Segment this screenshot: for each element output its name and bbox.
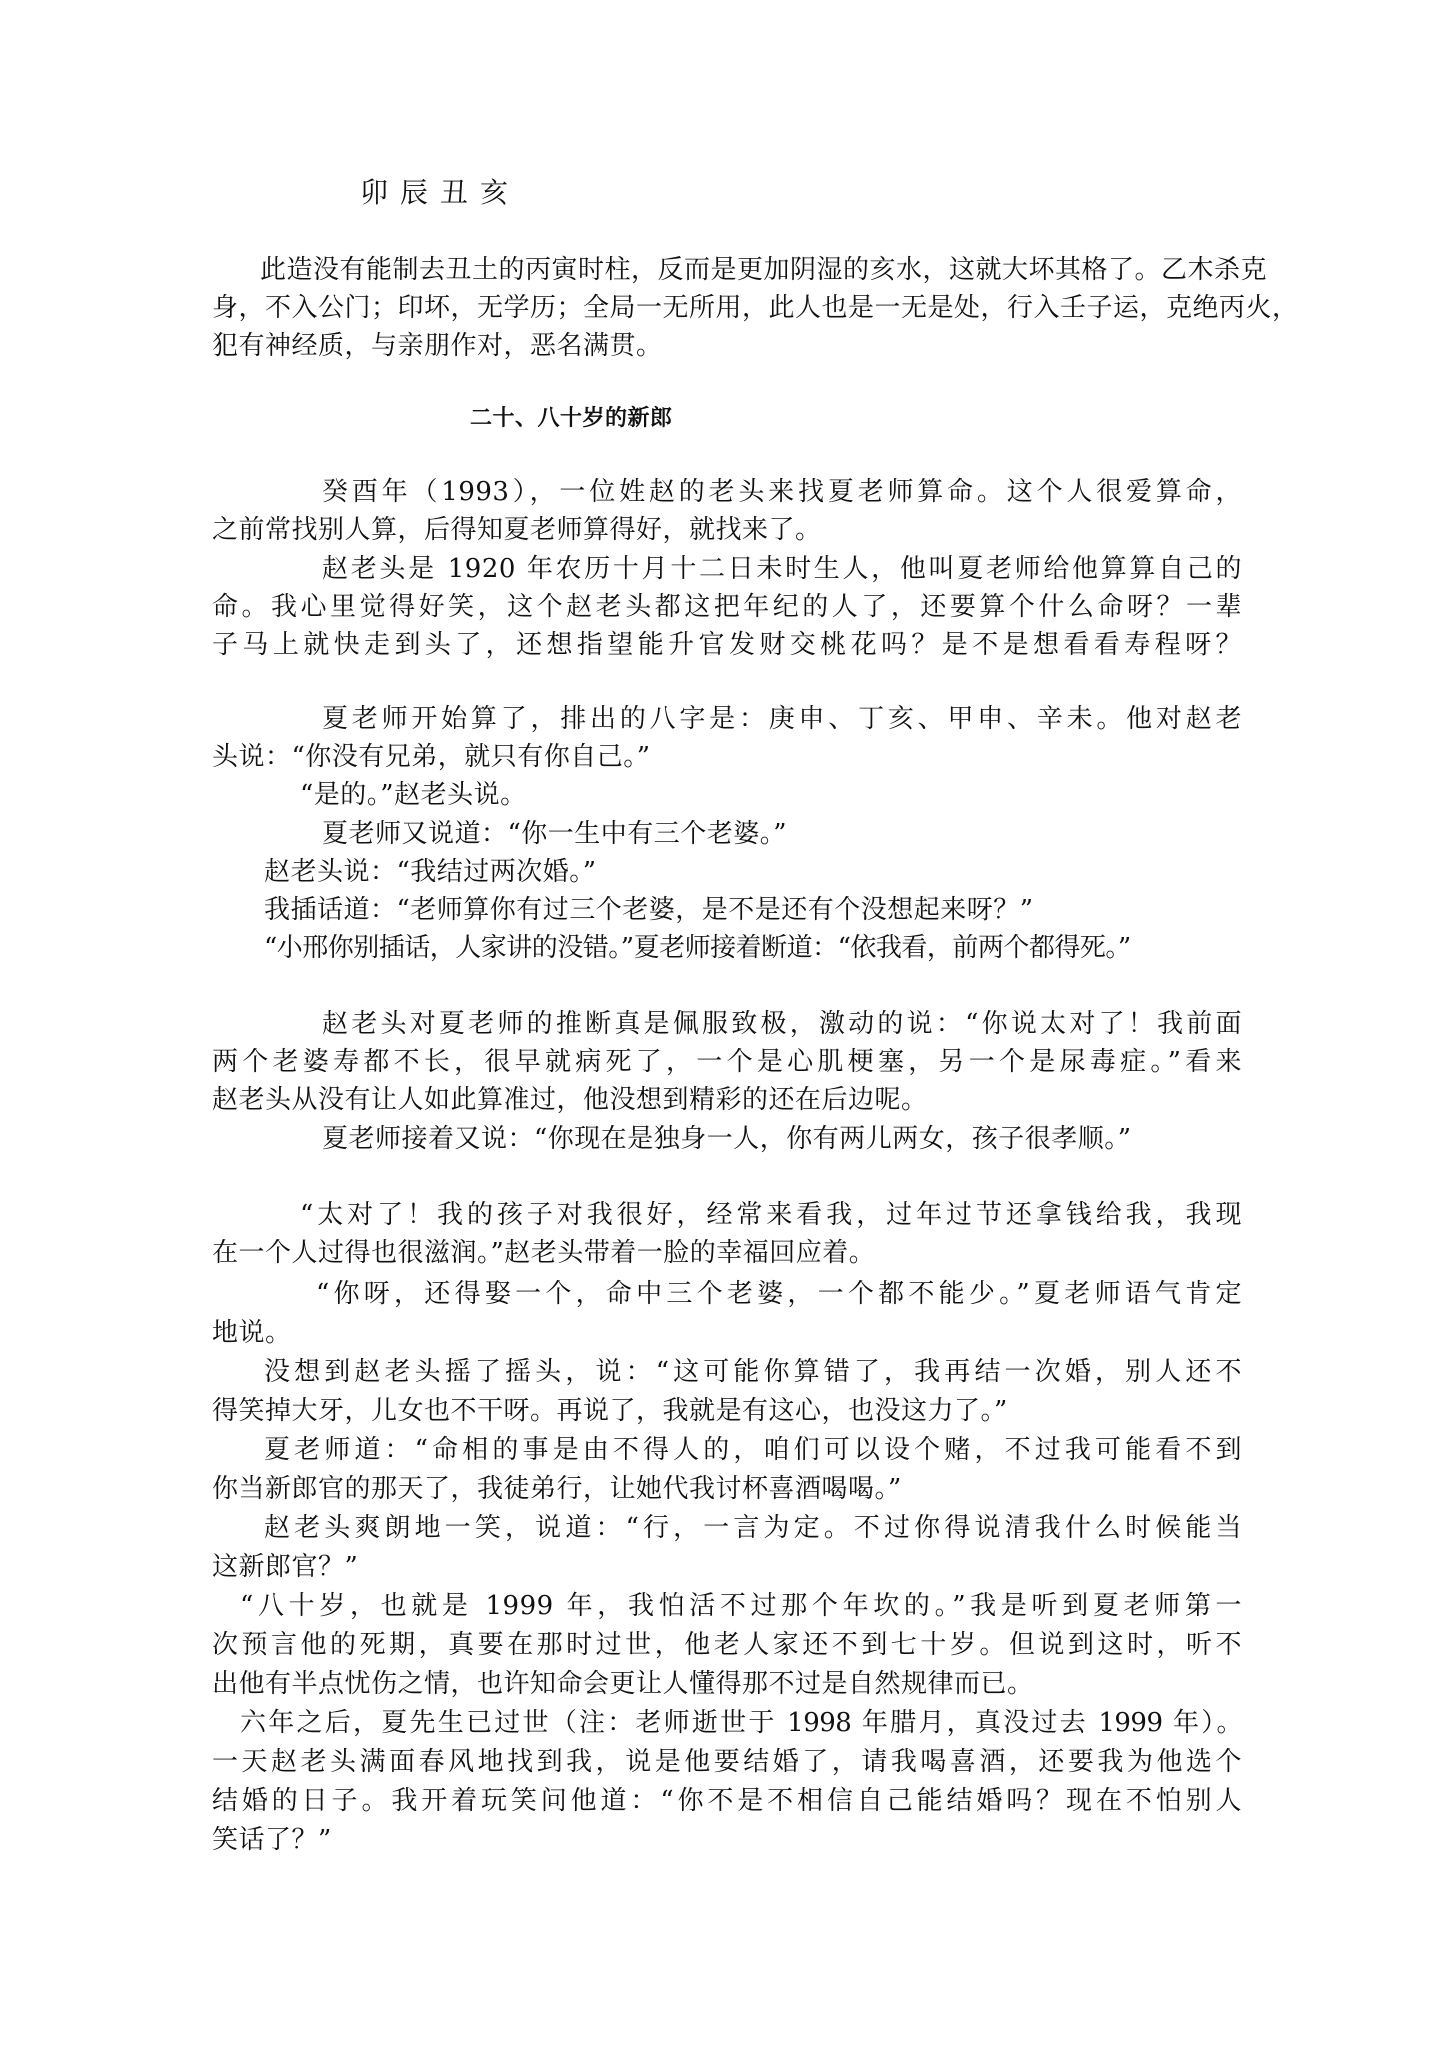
text-line: 笑话了？”: [212, 1823, 332, 1857]
document-page: 卯辰丑亥 此造没有能制去丑土的丙寅时柱，反而是更加阴湿的亥水，这就大坏其格了。乙…: [0, 0, 1448, 2048]
text-line: “八十岁，也就是 1999 年，我怕活不过那个年坎的。”我是听到夏老师第一: [240, 1589, 1242, 1623]
text-line: 结婚的日子。我开着玩笑问他道：“你不是不相信自己能结婚吗？现在不怕别人: [212, 1784, 1242, 1818]
text-line: 没想到赵老头摇了摇头，说：“这可能你算错了，我再结一次婚，别人还不: [264, 1355, 1242, 1389]
text-line: 夏老师道：“命相的事是由不得人的，咱们可以设个赌，不过我可能看不到: [264, 1433, 1242, 1467]
text-line: “太对了！我的孩子对我很好，经常来看我，过年过节还拿钱给我，我现: [300, 1198, 1242, 1232]
text-line: 赵老头说：“我结过两次婚。”: [264, 855, 597, 889]
text-line: 夏老师又说道：“你一生中有三个老婆。”: [322, 817, 787, 851]
text-line: 赵老头对夏老师的推断真是佩服致极，激动的说：“你说太对了！我前面: [322, 1007, 1242, 1041]
text-line: “小邢你别插话，人家讲的没错。”夏老师接着断道：“依我看，前两个都得死。”: [264, 931, 1131, 965]
text-line: 地说。: [212, 1316, 292, 1350]
text-line: 癸酉年（1993），一位姓赵的老头来找夏老师算命。这个人很爱算命，: [322, 475, 1242, 509]
text-line: 头说：“你没有兄弟，就只有你自己。”: [212, 740, 651, 774]
text-line: “你呀，还得娶一个，命中三个老婆，一个都不能少。”夏老师语气肯定: [316, 1277, 1242, 1311]
text-line: 之前常找别人算，后得知夏老师算得好，就找来了。: [212, 513, 822, 547]
text-line: 夏老师开始算了，排出的八字是：庚申、丁亥、甲申、辛未。他对赵老: [322, 702, 1242, 736]
text-line: 一天赵老头满面春风地找到我，说是他要结婚了，请我喝喜酒，还要我为他选个: [212, 1745, 1242, 1779]
text-line: 得笑掉大牙，儿女也不干呀。再说了，我就是有这心，也没这力了。”: [212, 1394, 1008, 1428]
text-line: 身，不入公门；印坏，无学历；全局一无所用，此人也是一无是处，行入壬子运，克绝丙火…: [212, 291, 1242, 325]
text-line: 在一个人过得也很滋润。”赵老头带着一脸的幸福回应着。: [212, 1236, 875, 1270]
bazi-pillars-row: 卯辰丑亥: [360, 176, 520, 210]
text-line: 你当新郎官的那天了，我徒弟行，让她代我讨杯喜酒喝喝。”: [212, 1472, 902, 1506]
text-line: 此造没有能制去丑土的丙寅时柱，反而是更加阴湿的亥水，这就大坏其格了。乙木杀克: [212, 253, 1242, 287]
text-line: 赵老头是 1920 年农历十月十二日未时生人，他叫夏老师给他算算自己的: [322, 552, 1242, 586]
text-line: 赵老头从没有让人如此算准过，他没想到精彩的还在后边呢。: [212, 1083, 928, 1117]
text-line: 出他有半点忧伤之情，也许知命会更让人懂得那不过是自然规律而已。: [212, 1667, 1034, 1701]
text-line: “是的。”赵老头说。: [300, 778, 527, 812]
text-line: 命。我心里觉得好笑，这个赵老头都这把年纪的人了，还要算个什么命呀？一辈: [212, 590, 1242, 624]
text-line: 两个老婆寿都不长，很早就病死了，一个是心肌梗塞，另一个是尿毒症。”看来: [212, 1045, 1242, 1079]
text-line: 赵老头爽朗地一笑，说道：“行，一言为定。不过你得说清我什么时候能当: [264, 1511, 1242, 1545]
text-line: 六年之后，夏先生已过世（注：老师逝世于 1998 年腊月，真没过去 1999 年…: [240, 1706, 1242, 1740]
text-line: 子马上就快走到头了，还想指望能升官发财交桃花吗？是不是想看看寿程呀？: [212, 628, 1242, 662]
section-title: 二十、八十岁的新郎: [470, 402, 673, 436]
text-line: 这新郎官？”: [212, 1550, 358, 1584]
text-line: 犯有神经质，与亲朋作对，恶名满贯。: [212, 329, 663, 363]
text-line: 次预言他的死期，真要在那时过世，他老人家还不到七十岁。但说到这时，听不: [212, 1628, 1242, 1662]
text-line: 夏老师接着又说：“你现在是独身一人，你有两儿两女，孩子很孝顺。”: [322, 1122, 1132, 1156]
text-line: 我插话道：“老师算你有过三个老婆，是不是还有个没想起来呀？”: [264, 893, 1034, 927]
